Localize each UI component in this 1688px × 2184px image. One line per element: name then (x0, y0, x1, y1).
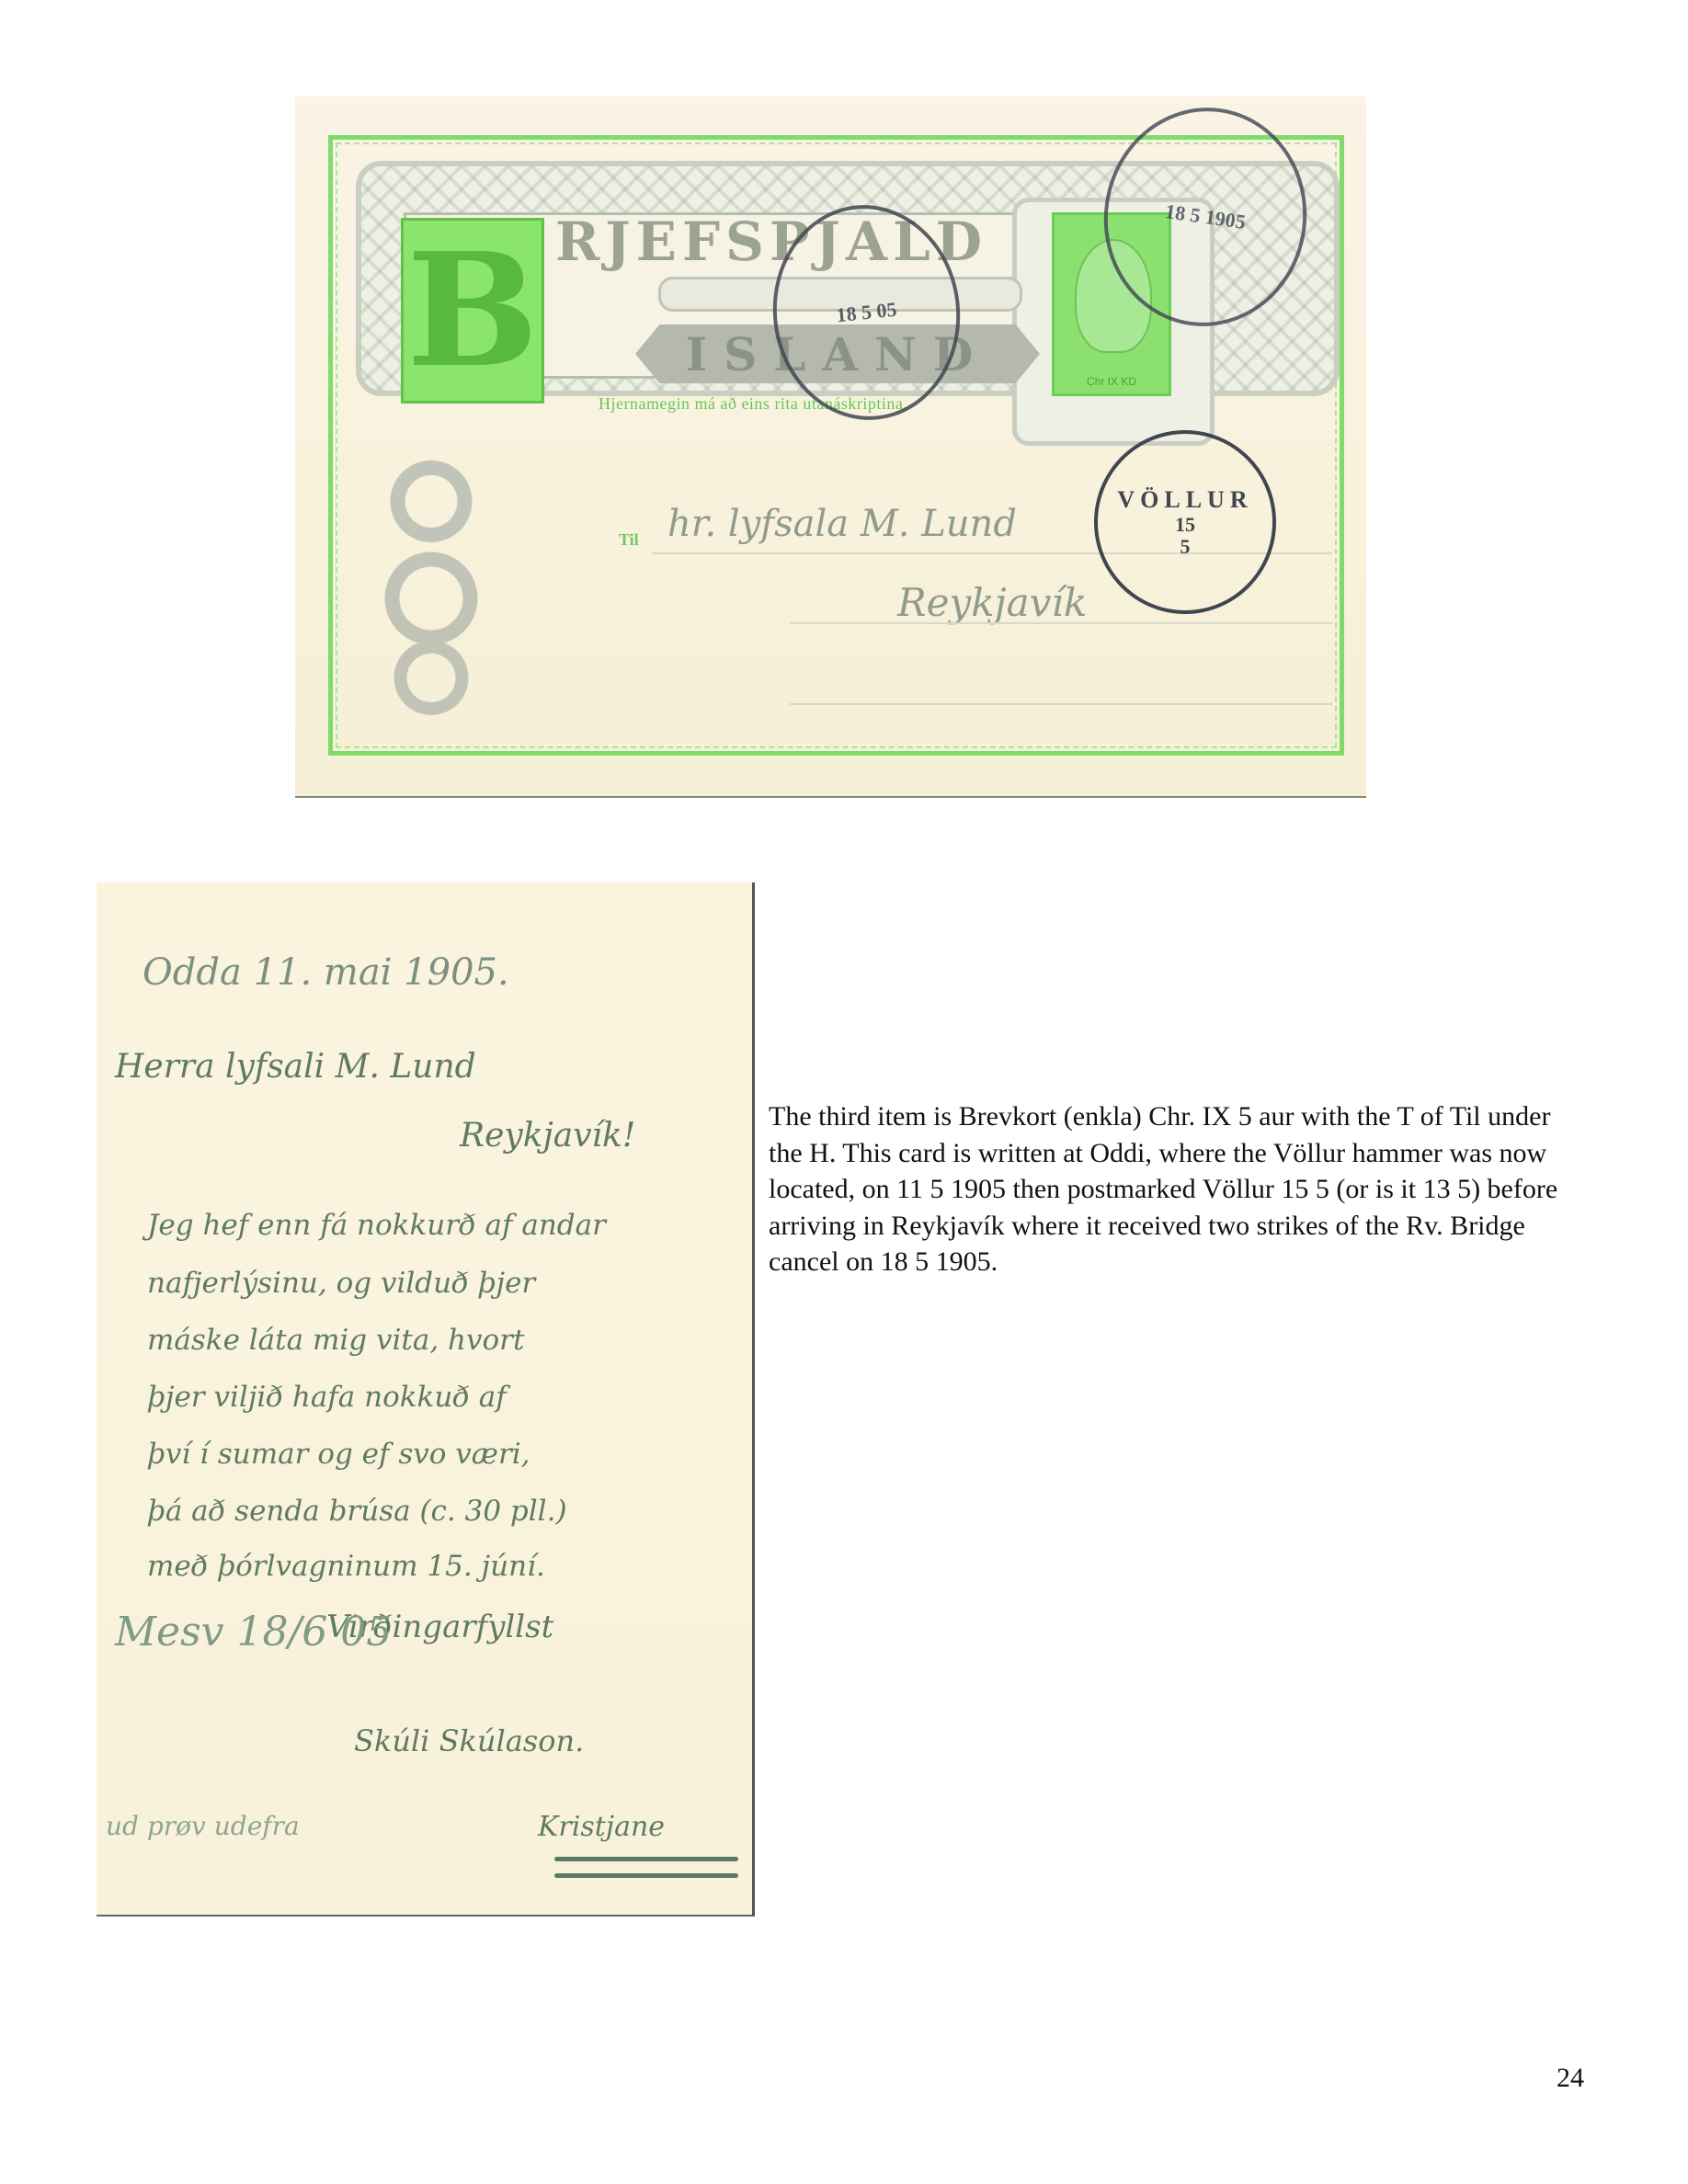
item-description: The third item is Brevkort (enkla) Chr. … (769, 1098, 1559, 1280)
postmark-date: 18 5 1905 (1164, 199, 1248, 234)
message-line: því í sumar og ef svo væri, (147, 1438, 530, 1471)
message-date: Odda 11. mai 1905. (143, 951, 509, 994)
underline-mark (554, 1873, 738, 1878)
postmark-vollur: VÖLLUR 15 5 (1094, 430, 1276, 614)
message-line: þjer viljið hafa nokkuð af (147, 1381, 507, 1414)
address-line (790, 703, 1332, 705)
message-salutation-city: Reykjavík! (460, 1117, 635, 1155)
postmark-month: 5 (1180, 536, 1191, 558)
message-salutation: Herra lyfsali M. Lund (115, 1048, 476, 1086)
dragon-ornament-icon (358, 437, 505, 731)
stamp-label: Chr IX KD (1055, 375, 1169, 388)
pencil-note-bottom: ud prøv udefra (106, 1811, 300, 1842)
pencil-note-right: Kristjane (538, 1811, 665, 1843)
message-line: nafjerlýsinu, og vilduð þjer (147, 1267, 535, 1300)
message-signature: Skúli Skúlason. (354, 1723, 584, 1758)
message-line: með þórlvagninum 15. júní. (147, 1550, 545, 1583)
postcard-front-image: B RJEFSPJALD ISLAND Hjernamegin má að ei… (295, 97, 1366, 796)
address-line (790, 622, 1332, 624)
address-prefix: Til (619, 530, 639, 550)
message-line: þá að senda brúsa (c. 30 pll.) (147, 1495, 567, 1528)
title-initial: B (401, 218, 544, 404)
page-number: 24 (1557, 2063, 1584, 2094)
message-line: máske láta mig vita, hvort (147, 1324, 524, 1357)
postmark-name: VÖLLUR (1117, 486, 1252, 514)
address-name: hr. lyfsala M. Lund (667, 503, 1017, 545)
underline-mark (554, 1857, 738, 1861)
pencil-note-received: Mesv 18/6 05 (115, 1609, 392, 1655)
postmark-day: 15 (1175, 514, 1195, 536)
postcard-back-image: Odda 11. mai 1905. Herra lyfsali M. Lund… (97, 882, 755, 1917)
message-line: Jeg hef enn fá nokkurð af andar (147, 1209, 606, 1242)
address-city: Reykjavík (897, 580, 1087, 625)
postmark-date: 18 5 05 (835, 298, 897, 328)
